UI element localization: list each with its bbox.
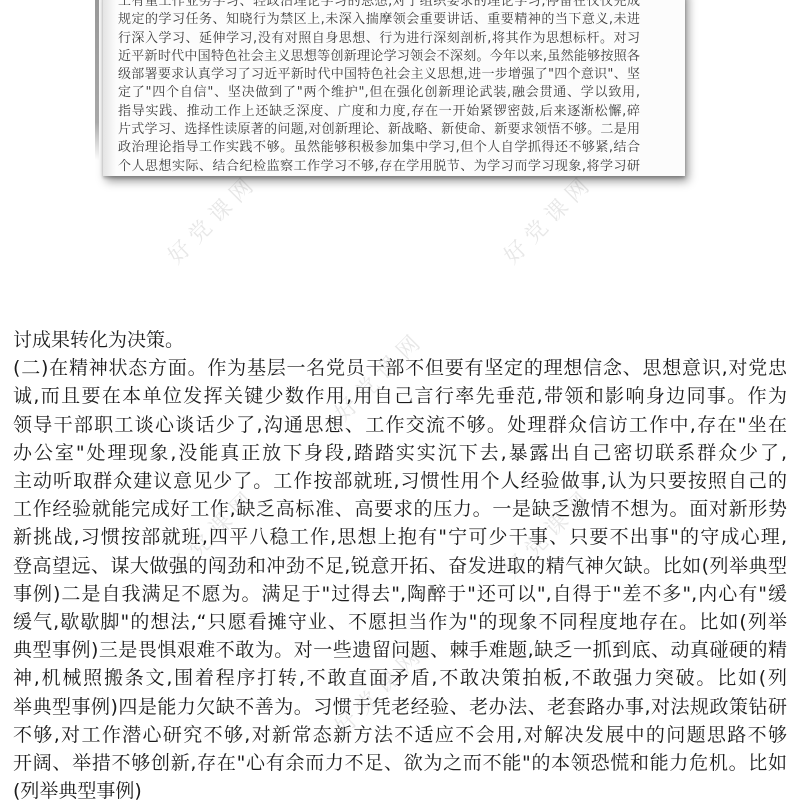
body-text-line: 典型事例)三是畏惧艰难不敢为。对一些遗留问题、棘手难题,缺乏一抓到底、动真碰硬的… [13,636,787,664]
body-text-line: (二)在精神状态方面。作为基层一名党员干部不但要有坚定的理想信念、思想意识,对党… [13,354,787,382]
scanned-text-line: 工有重工作业务学习、轻政治理论学习的思想,对于组织要求的理论学习,停留在仅仅完成 [118,0,640,11]
body-text-line: 神,机械照搬条文,围着程序打转,不敢直面矛盾,不敢决策拍板,不敢强力突破。比如(… [13,664,787,692]
body-text-line: 工作经验就能完成好工作,缺乏高标准、高要求的压力。一是缺乏激情不想为。面对新形势 [13,495,787,523]
scanned-document-image: 工有重工作业务学习、轻政治理论学习的思想,对于组织要求的理论学习,停留在仅仅完成… [103,0,685,176]
scanned-text-line: 片式学习、选择性读原著的问题,对创新理论、新战略、新使命、新要求领悟不够。二是用 [118,121,640,139]
body-text-line: 主动听取群众建议意见少了。工作按部就班,习惯性用个人经验做事,认为只要按照自己的 [13,467,787,495]
scanned-text-line: 个人思想实际、结合纪检监察工作学习不够,存在学用脱节、为学习而学习现象,将学习研 [118,158,640,176]
scanned-text-line: 政治理论指导工作实践不够。虽然能够积极参加集中学习,但个人自学抓得还不够紧,结合 [118,139,640,157]
scanned-document-text: 工有重工作业务学习、轻政治理论学习的思想,对于组织要求的理论学习,停留在仅仅完成… [118,0,640,176]
body-text-line: 领导干部职工谈心谈话少了,沟通思想、工作交流不够。处理群众信访工作中,存在"坐在 [13,411,787,439]
body-text-line: (列举典型事例) [13,777,787,800]
site-watermark: 好党课网 [496,166,600,270]
body-text-line: 登高望远、谋大做强的闯劲和冲劲不足,锐意开拓、奋发进取的精气神欠缺。比如(列举典… [13,552,787,580]
scanned-text-line: 指导实践、推动工作上还缺乏深度、广度和力度,存在一开始紧锣密鼓,后来逐渐松懈,碎 [118,103,640,121]
body-text-line: 开阔、举措不够创新,存在"心有余而力不足、欲为之而不能"的本领恐慌和能力危机。比… [13,749,787,777]
scanned-text-line: 规定的学习任务、知晓行为禁区上,未深入揣摩领会重要讲话、重要精神的当下意义,未进 [118,11,640,29]
body-text-line: 缓气,歇歇脚"的想法,“只愿看摊守业、不愿担当作为"的现象不同程度地存在。比如(… [13,608,787,636]
body-text-line: 事例)二是自我满足不愿为。满足于"过得去",陶醉于"还可以",自得于"差不多",… [13,580,787,608]
body-text-line: 办公室"处理现象,没能真正放下身段,踏踏实实沉下去,暴露出自己密切联系群众少了, [13,439,787,467]
body-text-line: 不够,对工作潜心研究不够,对新常态新方法不适应不会用,对解决发展中的问题思路不够 [13,721,787,749]
body-text-line: 新挑战,习惯按部就班,四平八稳工作,思想上抱有"宁可少干事、只要不出事"的守成心… [13,523,787,551]
scanned-text-line: 级部署要求认真学习了习近平新时代中国特色社会主义思想,进一步增强了"四个意识"、… [118,66,640,84]
document-page: { "watermark": { "text": "好党课网", "color"… [0,0,800,800]
body-text-line: 讨成果转化为决策。 [13,326,787,354]
scanned-text-line: 行深入学习、延伸学习,没有对照自身思想、行为进行深刻剖析,将其作为思想标杆。对习 [118,30,640,48]
scanned-text-line: 近平新时代中国特色社会主义思想等创新理论学习领会不深刻。今年以来,虽然能够按照各 [118,48,640,66]
scanned-text-line: 定了"四个自信"、坚决做到了"两个维护",但在强化创新理论武装,融会贯通、学以致… [118,84,640,102]
document-body: 讨成果转化为决策。(二)在精神状态方面。作为基层一名党员干部不但要有坚定的理想信… [13,326,787,800]
body-text-line: 举典型事例)四是能力欠缺不善为。习惯于凭老经验、老办法、老套路办事,对法规政策钻… [13,693,787,721]
body-text-line: 诚,而且要在本单位发挥关键少数作用,用自己言行率先垂范,带领和影响身边同事。作为 [13,382,787,410]
site-watermark: 好党课网 [160,166,264,270]
